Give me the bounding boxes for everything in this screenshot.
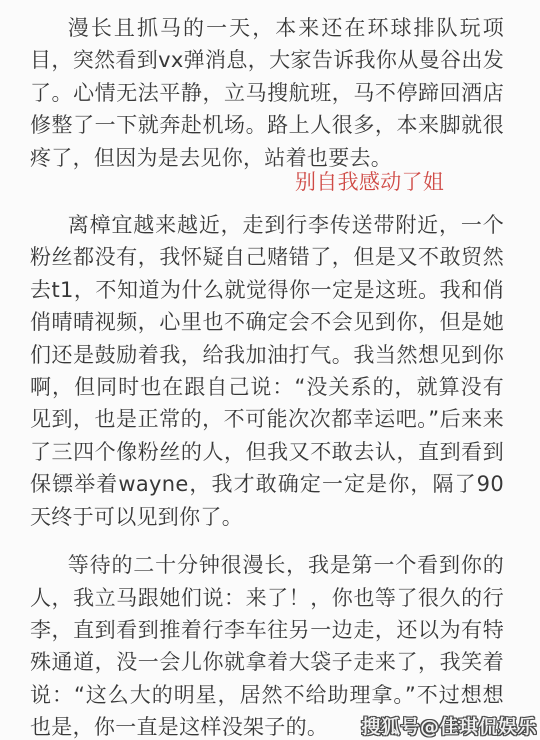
- story-article: 漫长且抓马的一天，本来还在环球排队玩项目，突然看到vx弹消息，大家告诉我你从曼谷…: [0, 0, 540, 740]
- red-annotation-text: 别自我感动了姐: [295, 168, 504, 196]
- story-paragraph-1: 漫长且抓马的一天，本来还在环球排队玩项目，突然看到vx弹消息，大家告诉我你从曼谷…: [30, 12, 504, 174]
- sohu-account-watermark: 搜狐号@佳琪侃娱乐: [361, 712, 537, 739]
- story-paragraph-2: 离樟宜越来越近，走到行李传送带附近，一个粉丝都没有，我怀疑自己赌错了，但是又不敢…: [30, 209, 504, 533]
